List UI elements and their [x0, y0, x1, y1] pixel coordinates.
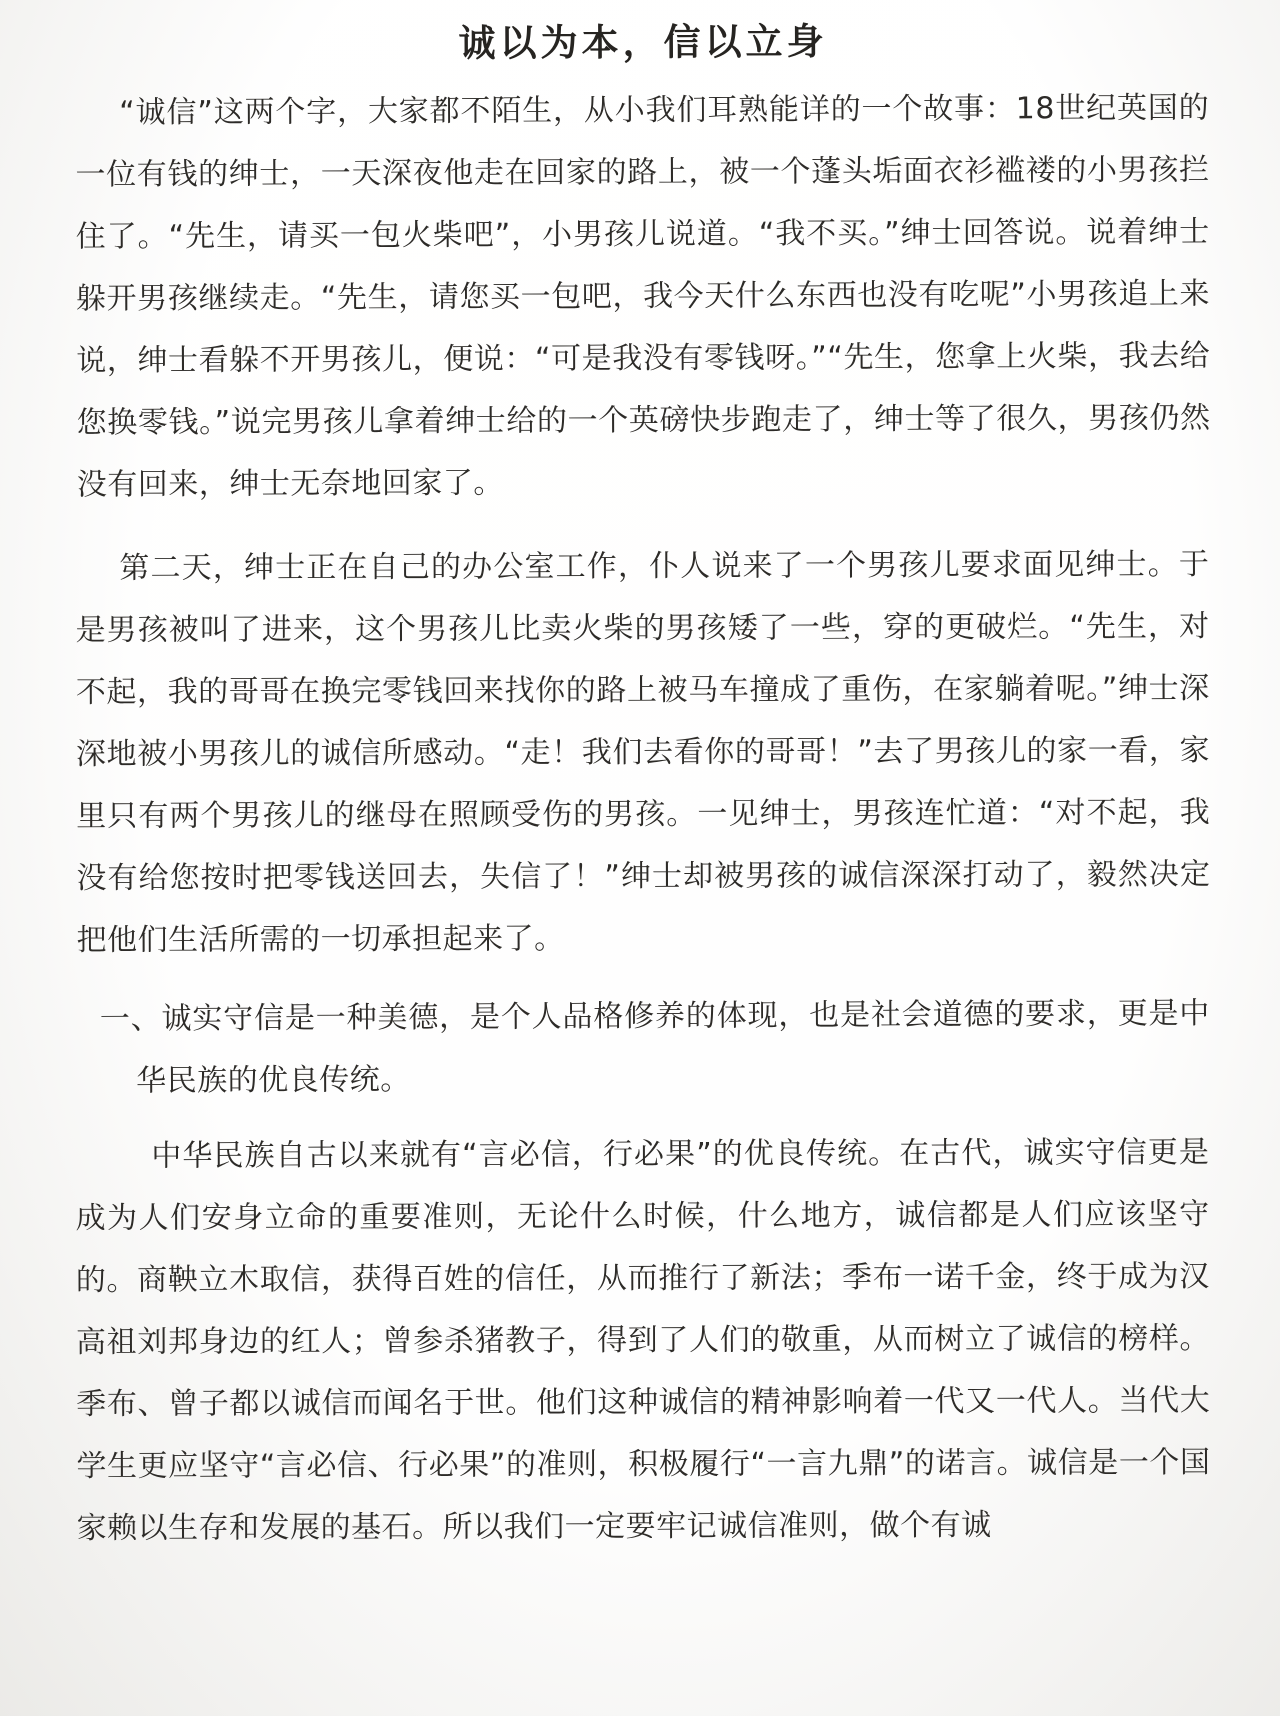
essay-title: 诚以为本，信以立身 — [76, 9, 1210, 69]
essay-numbered-point-1: 一、诚实守信是一种美德，是个人品格修养的体现，也是社会道德的要求，更是中华民族的… — [76, 983, 1211, 1113]
essay-paragraph-tradition: 中华民族自古以来就有“言必信，行必果”的优良传统。在古代，诚实守信更是成为人们安… — [75, 1122, 1211, 1560]
essay-paragraph-story-2: 第二天，绅士正在自己的办公室工作，仆人说来了一个男孩儿要求面见绅士。于是男孩被叫… — [75, 534, 1211, 972]
essay-paragraph-story-1: “诚信”这两个字，大家都不陌生，从小我们耳熟能详的一个故事：18世纪英国的一位有… — [75, 78, 1211, 517]
handwritten-essay-page: 诚以为本，信以立身 “诚信”这两个字，大家都不陌生，从小我们耳熟能详的一个故事：… — [0, 0, 1280, 1716]
